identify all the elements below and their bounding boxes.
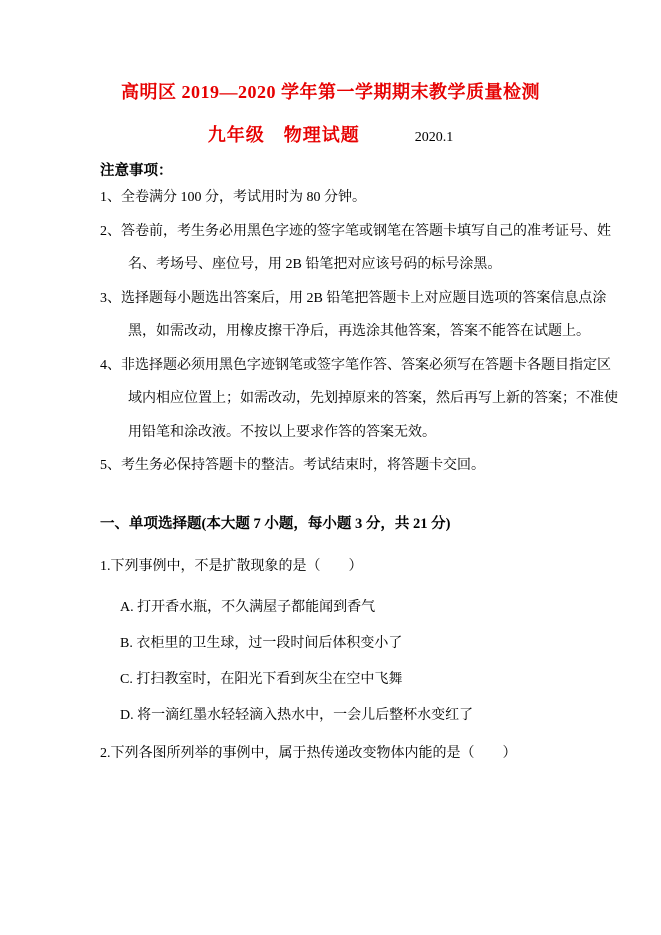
question-1-option-b: B. 衣柜里的卫生球，过一段时间后体积变小了 [100, 626, 601, 662]
notice-item-5-line-1: 5、考生务必保持答题卡的整洁。考试结束时，将答题卡交回。 [100, 449, 601, 483]
exam-title: 高明区 2019—2020 学年第一学期期末教学质量检测 [0, 0, 661, 104]
question-1-stem: 1.下列事例中，不是扩散现象的是（ ） [100, 549, 601, 585]
notice-item-2-line-2: 名、考场号、座位号，用 2B 铅笔把对应该号码的标号涂黑。 [100, 248, 601, 282]
exam-date: 2020.1 [415, 130, 454, 145]
section-heading: 一、单项选择题(本大题 7 小题，每小题 3 分，共 21 分) [100, 508, 601, 542]
notice-item-4-line-2: 域内相应位置上；如需改动，先划掉原来的答案，然后再写上新的答案；不准使 [100, 382, 601, 416]
question-1-option-a: A. 打开香水瓶，不久满屋子都能闻到香气 [100, 590, 601, 626]
exam-body: 注意事项： 1、全卷满分 100 分，考试用时为 80 分钟。 2、答卷前，考生… [100, 161, 601, 772]
exam-document-page: 高明区 2019—2020 学年第一学期期末教学质量检测 九年级 物理试题202… [0, 0, 661, 935]
notice-item-1-line-1: 1、全卷满分 100 分，考试用时为 80 分钟。 [100, 181, 601, 215]
exam-subtitle-row: 九年级 物理试题2020.1 [0, 123, 661, 150]
exam-subtitle: 九年级 物理试题 [208, 125, 360, 145]
question-1-option-c: C. 打扫教室时，在阳光下看到灰尘在空中飞舞 [100, 662, 601, 698]
question-1-option-d: D. 将一滴红墨水轻轻滴入热水中，一会儿后整杯水变红了 [100, 698, 601, 734]
question-2-stem: 2.下列各图所列举的事例中，属于热传递改变物体内能的是（ ） [100, 736, 601, 772]
notice-item-4-line-1: 4、非选择题必须用黑色字迹钢笔或签字笔作答、答案必须写在答题卡各题目指定区 [100, 349, 601, 383]
notice-item-3-line-1: 3、选择题每小题选出答案后，用 2B 铅笔把答题卡上对应题目选项的答案信息点涂 [100, 282, 601, 316]
notice-heading: 注意事项： [100, 161, 601, 181]
question-1-options: A. 打开香水瓶，不久满屋子都能闻到香气 B. 衣柜里的卫生球，过一段时间后体积… [100, 590, 601, 734]
notice-item-3-line-2: 黑，如需改动，用橡皮擦干净后，再选涂其他答案，答案不能答在试题上。 [100, 315, 601, 349]
notice-item-2-line-1: 2、答卷前，考生务必用黑色字迹的签字笔或钢笔在答题卡填写自己的准考证号、姓 [100, 215, 601, 249]
notice-item-4-line-3: 用铅笔和涂改液。不按以上要求作答的答案无效。 [100, 416, 601, 450]
